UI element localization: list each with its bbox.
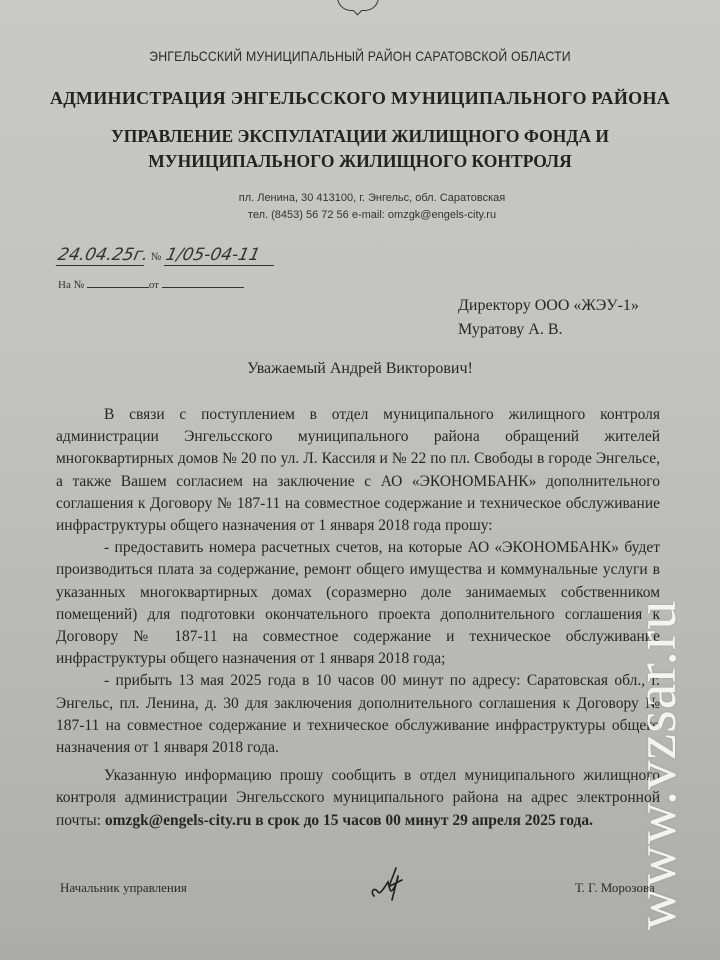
registration-line: 24.04.25г. № 1/05-04-11 — [58, 245, 276, 266]
registration-number: 1/05-04-11 — [164, 245, 278, 266]
signatory-title: Начальник управления — [60, 880, 187, 896]
closing-deadline: omzgk@engels-city.ru в срок до 15 часов … — [105, 812, 593, 829]
coat-of-arms-icon: ᐟᐟᐟ — [337, 0, 379, 11]
from-label: от — [149, 279, 159, 291]
addressee-block: Директору ООО «ЖЭУ-1» Муратову А. В. — [458, 294, 639, 342]
reply-date-blank — [162, 277, 244, 288]
department-line-1: УПРАВЛЕНИЕ ЭКСПУЛАТАЦИИ ЖИЛИЩНОГО ФОНДА … — [0, 124, 720, 149]
letter-page: ᐟᐟᐟ ЭНГЕЛЬССКИЙ МУНИЦИПАЛЬНЫЙ РАЙОН САРА… — [0, 0, 720, 960]
region-heading: ЭНГЕЛЬССКИЙ МУНИЦИПАЛЬНЫЙ РАЙОН САРАТОВС… — [43, 48, 677, 64]
site-watermark: www.vzsar.ru — [622, 600, 689, 930]
addressee-position: Директору ООО «ЖЭУ-1» — [458, 294, 639, 318]
closing-paragraph: Указанную информацию прошу сообщить в от… — [56, 765, 660, 832]
request-item-1: - предоставить номера расчетных счетов, … — [56, 537, 660, 670]
department-line-2: МУНИЦИПАЛЬНОГО ЖИЛИЩНОГО КОНТРОЛЯ — [0, 149, 720, 174]
contact-block: пл. Ленина, 30 413100, г. Энгельс, обл. … — [12, 190, 720, 224]
addressee-name: Муратову А. В. — [458, 318, 639, 342]
handwritten-signature — [368, 862, 412, 902]
greeting: Уважаемый Андрей Викторович! — [0, 360, 720, 378]
department-heading: УПРАВЛЕНИЕ ЭКСПУЛАТАЦИИ ЖИЛИЩНОГО ФОНДА … — [0, 124, 720, 174]
letter-body: В связи с поступлением в отдел муниципал… — [56, 404, 660, 832]
registration-date: 24.04.25г. — [56, 245, 148, 266]
intro-paragraph: В связи с поступлением в отдел муниципал… — [56, 404, 660, 537]
number-label: № — [151, 251, 162, 263]
reply-to-label: На № — [58, 279, 84, 291]
reply-number-blank — [87, 277, 149, 288]
administration-heading: АДМИНИСТРАЦИЯ ЭНГЕЛЬССКОГО МУНИЦИПАЛЬНОГ… — [0, 88, 720, 109]
phone-email: тел. (8453) 56 72 56 e-mail: omzgk@engel… — [12, 207, 720, 224]
reply-reference-line: На № от — [58, 277, 244, 291]
request-item-2: - прибыть 13 мая 2025 года в 10 часов 00… — [56, 670, 660, 759]
postal-address: пл. Ленина, 30 413100, г. Энгельс, обл. … — [12, 190, 720, 207]
